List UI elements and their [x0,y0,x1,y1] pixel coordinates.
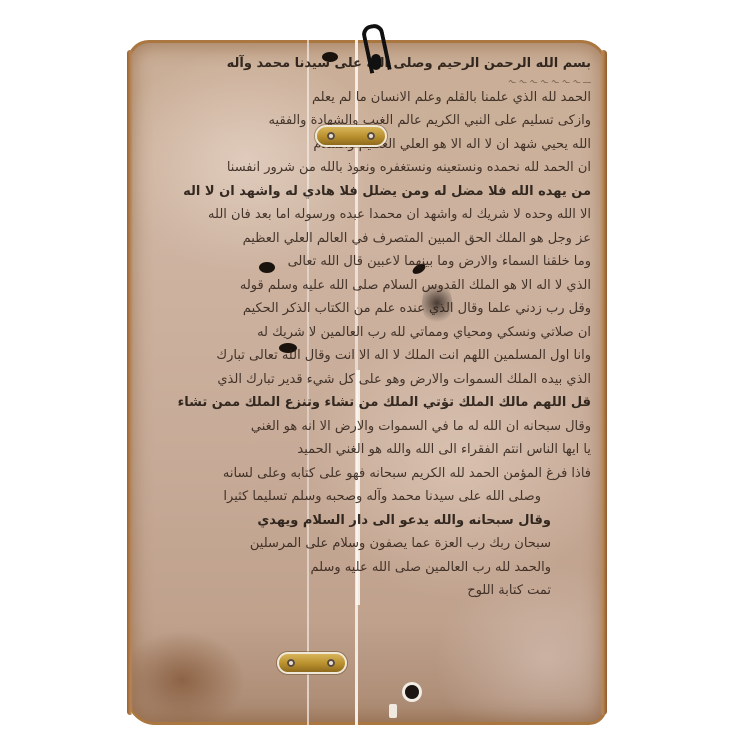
text-line: وما خلقنا السماء والارض وما بينهما لاعبي… [145,250,591,274]
cord-knot [371,54,381,70]
drilled-hole [405,685,419,699]
wooden-tablet: بسم الله الرحمن الرحيم وصلى الله على سيد… [127,40,607,725]
text-line: وقل رب زدني علما وقال الذي عنده علم من ا… [145,297,591,321]
text-line: فاذا فرغ المؤمن الحمد لله الكريم سبحانه … [145,462,591,486]
text-line: الا الله وحده لا شريك له واشهد ان محمدا … [145,203,591,227]
vowel-marks: ـــ ـہ ـہ ـہ ـہ ـہ ـہ ـہ [145,76,591,86]
board-left-edge [127,50,133,715]
screw-icon [287,659,295,667]
text-line: الذي لا اله الا هو الملك القدوس السلام ص… [145,274,591,298]
text-line: الحمد لله الذي علمنا بالقلم وعلم الانسان… [145,86,591,110]
screw-icon [367,132,375,140]
text-line: وانا اول المسلمين اللهم انت الملك لا اله… [145,344,591,368]
text-line: من يهده الله فلا مضل له ومن يضلل فلا هاد… [145,180,591,204]
text-line: ان صلاتي ونسكي ومحياي ومماتي لله رب العا… [145,321,591,345]
text-line: ان الحمد لله نحمده ونستعينه ونستغفره ونع… [145,156,591,180]
text-line: وصلى الله على سيدنا محمد وآله وصحبه وسلم… [145,485,591,509]
text-line: يا ايها الناس انتم الفقراء الى الله والل… [145,438,591,462]
text-line: الذي بيده الملك السموات والارض وهو على ك… [145,368,591,392]
bottom-brass-plate [277,652,347,674]
paint-chip [389,704,397,718]
text-line: قل اللهم مالك الملك تؤتي الملك من تشاء و… [145,391,591,415]
text-line: تمت كتابة اللوح [145,579,591,603]
text-line: وقال سبحانه والله يدعو الى دار السلام وي… [145,509,591,533]
text-line: والحمد لله رب العالمين صلى الله عليه وسل… [145,556,591,580]
screw-icon [327,132,335,140]
text-line: سبحان ربك رب العزة عما يصفون وسلام على ا… [145,532,591,556]
text-line: وقال سبحانه ان الله له ما في السموات وال… [145,415,591,439]
screw-icon [327,659,335,667]
top-brass-plate [315,125,387,147]
board-right-edge [600,50,607,715]
text-line: عز وجل هو الملك الحق المبين المتصرف في ا… [145,227,591,251]
